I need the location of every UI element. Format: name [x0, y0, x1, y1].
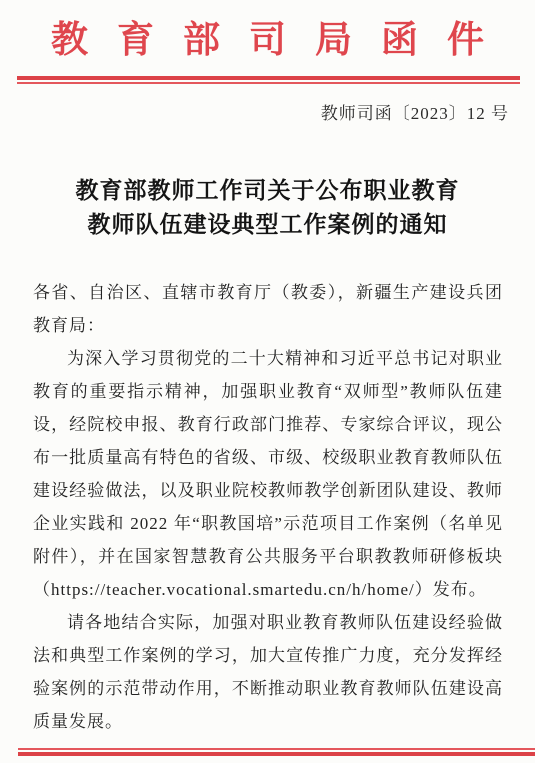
salutation: 各省、自治区、直辖市教育厅（教委），新疆生产建设兵团教育局： [33, 276, 503, 342]
header-double-rule [17, 76, 520, 84]
title-line-2: 教师队伍建设典型工作案例的通知 [88, 212, 448, 237]
document-body: 各省、自治区、直辖市教育厅（教委），新疆生产建设兵团教育局： 为深入学习贯彻党的… [33, 276, 503, 738]
footer-rule-thick [18, 752, 535, 756]
title-line-1: 教育部教师工作司关于公布职业教育 [76, 178, 460, 203]
document-number: 教师司函〔2023〕12 号 [0, 99, 535, 124]
document-title: 教育部教师工作司关于公布职业教育 教师队伍建设典型工作案例的通知 [20, 174, 515, 242]
paragraph-announcement: 为深入学习贯彻党的二十大精神和习近平总书记对职业教育的重要指示精神，加强职业教育… [33, 342, 503, 606]
header-rule-thick [17, 76, 520, 80]
paragraph-instruction: 请各地结合实际，加强对职业教育教师队伍建设经验做法和典型工作案例的学习，加大宣传… [33, 606, 503, 738]
footer-rule-thin [18, 748, 535, 750]
letterhead-banner: 教育部司局函件 [0, 0, 535, 63]
footer-double-rule [18, 748, 535, 756]
header-rule-thin [17, 82, 520, 84]
document-page: 教育部司局函件 教师司函〔2023〕12 号 教育部教师工作司关于公布职业教育 … [0, 0, 535, 763]
